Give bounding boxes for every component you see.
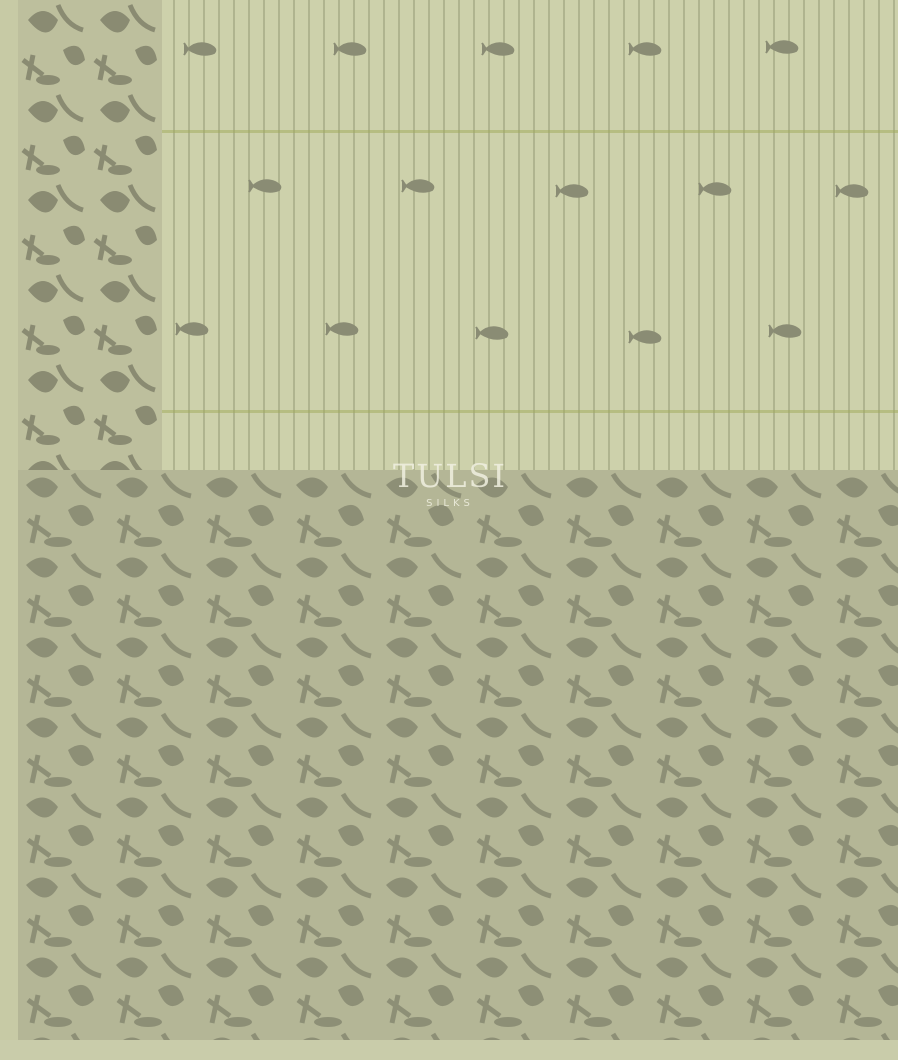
paisley-butta-icon [330, 40, 370, 58]
paisley-butta-icon [695, 180, 735, 198]
paisley-butta-icon [478, 40, 518, 58]
paisley-butta-icon [765, 322, 805, 340]
paisley-butta-icon [472, 324, 512, 342]
saree-fabric-photo: TULSI SILKS [0, 0, 898, 1060]
bottom-selvedge [0, 1040, 898, 1060]
selvedge-edge [0, 0, 18, 1060]
paisley-pattern-icon [18, 0, 162, 480]
fabric-fold [160, 130, 898, 133]
fabric-fold [160, 410, 898, 413]
paisley-butta-icon [832, 182, 872, 200]
paisley-butta-icon [762, 38, 802, 56]
paisley-butta-icon [245, 177, 285, 195]
watermark-subtitle: SILKS [380, 498, 520, 509]
paisley-pattern-icon [18, 470, 898, 1040]
paisley-butta-icon [322, 320, 362, 338]
paisley-butta-icon [625, 40, 665, 58]
paisley-butta-icon [398, 177, 438, 195]
paisley-side-border [18, 0, 162, 480]
saree-body-striped [160, 0, 898, 480]
brand-watermark: TULSI SILKS [380, 458, 520, 509]
paisley-butta-icon [552, 182, 592, 200]
paisley-butta-icon [180, 40, 220, 58]
watermark-title: TULSI [380, 458, 520, 494]
paisley-butta-icon [625, 328, 665, 346]
paisley-butta-icon [172, 320, 212, 338]
paisley-jacquard-pallu [18, 470, 898, 1040]
